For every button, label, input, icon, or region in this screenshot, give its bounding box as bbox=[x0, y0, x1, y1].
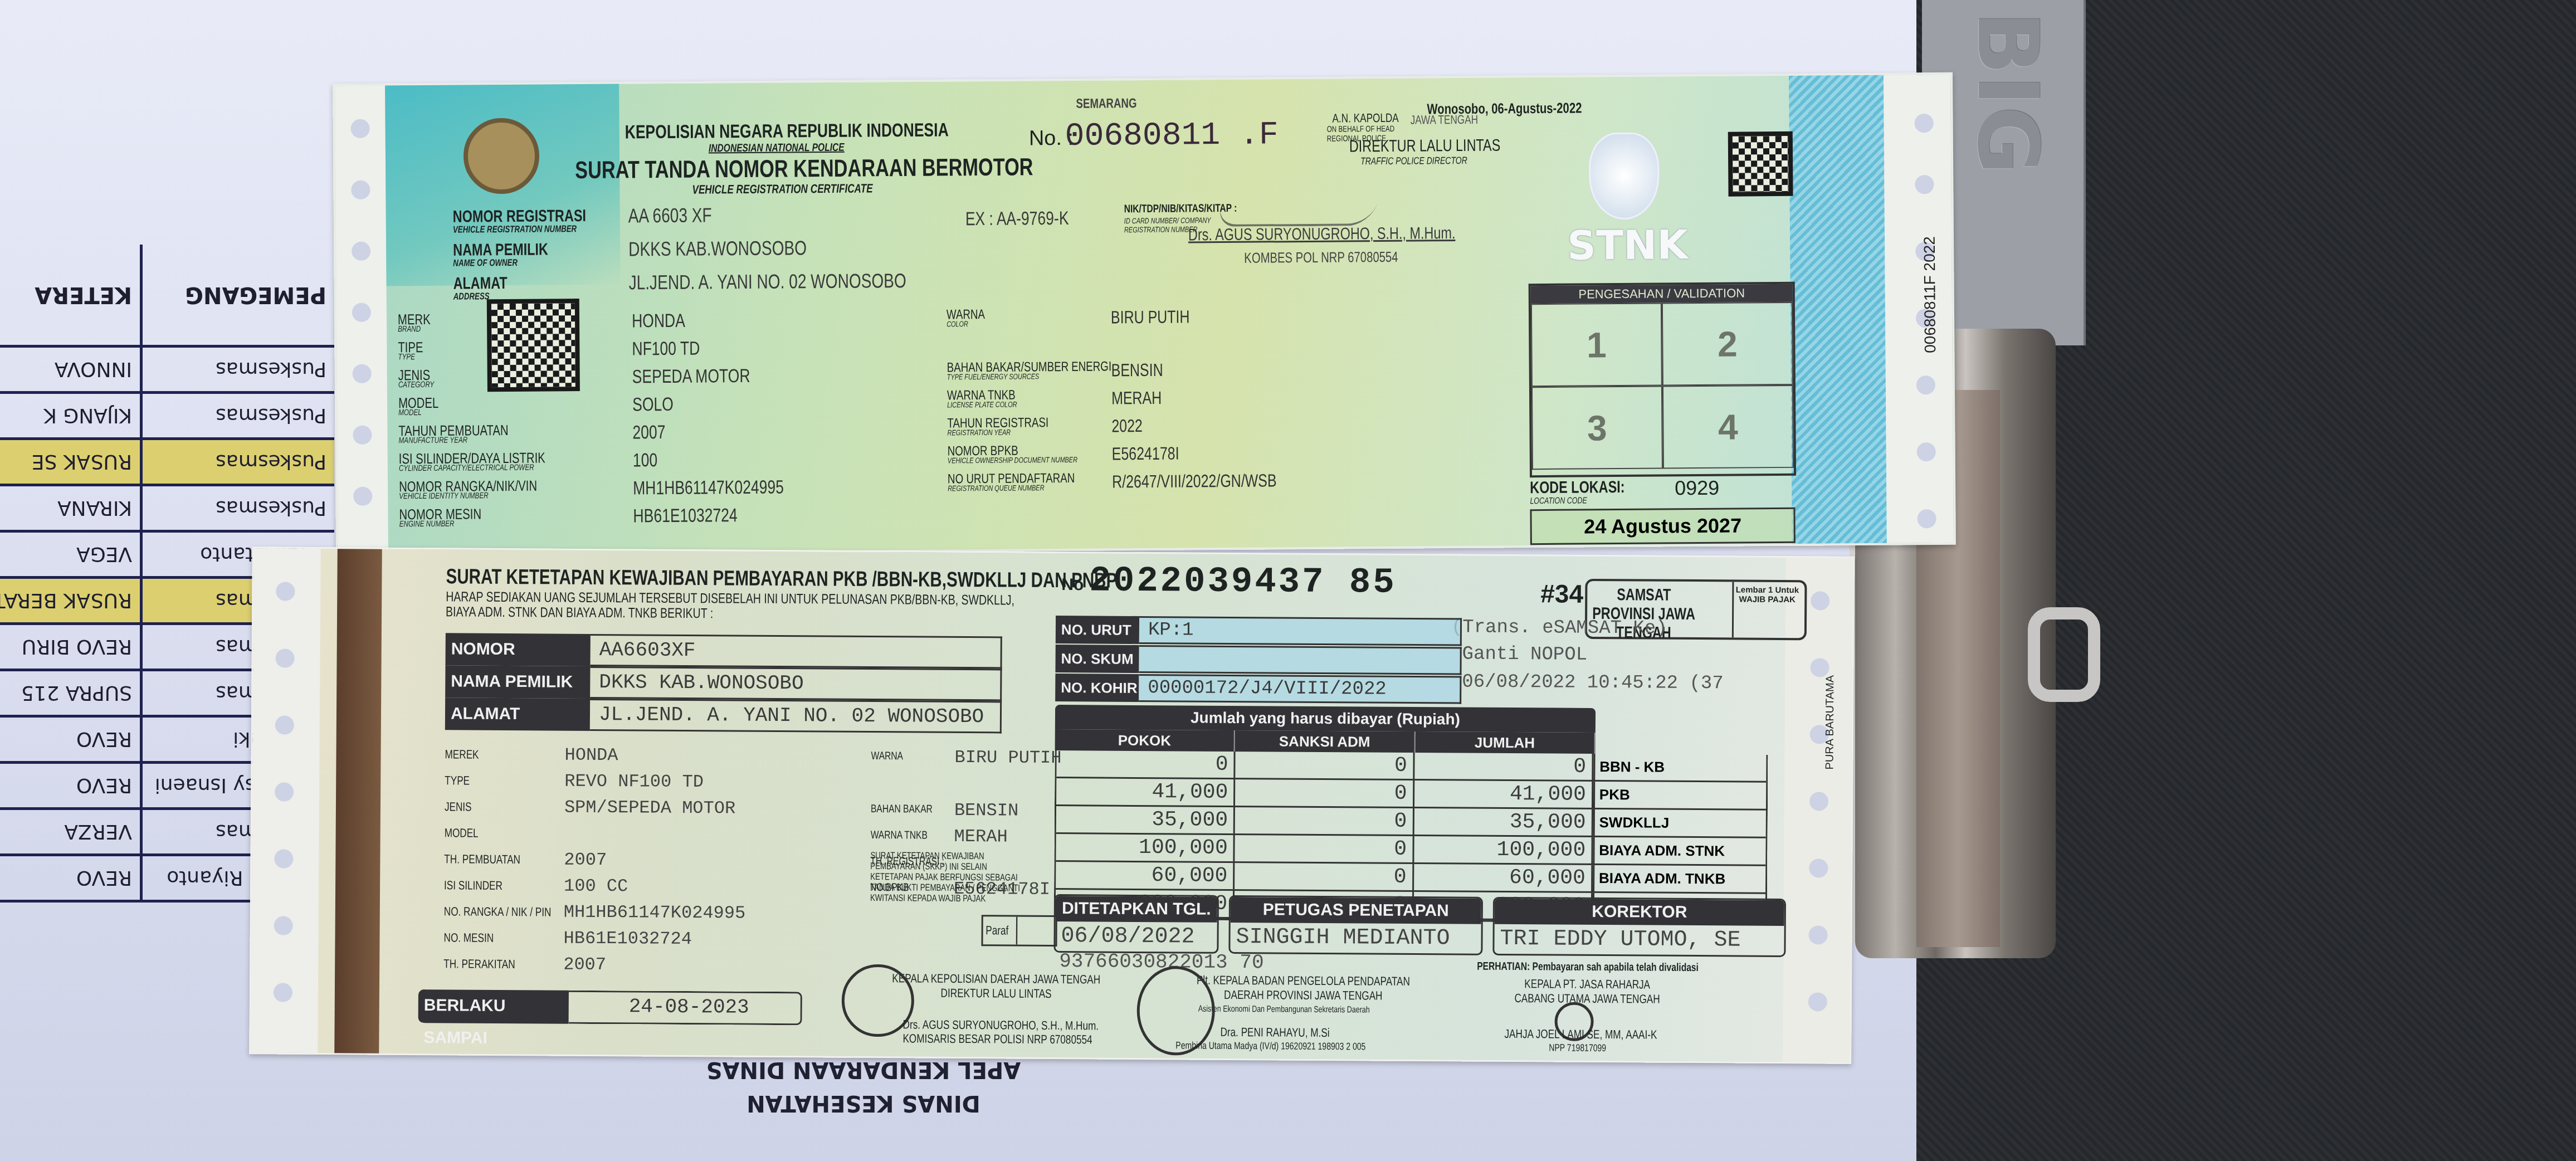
director-name: Drs. AGUS SURYONUGROHO, S.H., M.Hum. bbox=[1188, 224, 1456, 245]
stnk-field-sub: ADDRESS bbox=[453, 291, 490, 302]
stnk-hologram-logo: STNK bbox=[1567, 132, 1679, 266]
payment-row: 60,000060,000BIAYA ADM. TNKB bbox=[1056, 862, 1765, 894]
skkp-vehicle-value: 100 CC bbox=[564, 876, 628, 897]
cell-keterangan: REVO bbox=[0, 728, 140, 751]
doc-suffix: #34 bbox=[1540, 578, 1583, 608]
berlaku-row: BERLAKU SAMPAI 24-08-2023 bbox=[418, 989, 802, 1025]
nik-label: NIK/TDP/NIB/KITAS/KITAP : bbox=[1124, 202, 1237, 216]
no-field-value: KP:1 bbox=[1139, 616, 1462, 646]
stnk-vehicle-sub: VEHICLE IDENTITY NUMBER bbox=[399, 491, 488, 501]
no-field-row: NO. KOHIR00000172/J4/VIII/2022 bbox=[1055, 674, 1461, 704]
skkp-vehicle-label: JENIS bbox=[445, 799, 472, 814]
owner-field-label: ALAMAT bbox=[445, 697, 590, 731]
payment-row-label: BIAYA ADM. STNK bbox=[1593, 837, 1766, 865]
pokok-value: 41,000 bbox=[1056, 778, 1236, 806]
skkp-vehicle-label: WARNA bbox=[871, 750, 903, 763]
sanksi-value: 0 bbox=[1236, 752, 1415, 779]
stnk-vehicle-value: 2022 bbox=[1111, 416, 1143, 436]
director-signature-icon bbox=[1214, 151, 1397, 227]
jumlah-value: 35,000 bbox=[1414, 808, 1593, 836]
location-code-sub: LOCATION CODE bbox=[1530, 496, 1587, 506]
payment-table: Jumlah yang harus dibayar (Rupiah) POKOK… bbox=[1054, 705, 1768, 924]
signatory-3-id: NPP 719817099 bbox=[1549, 1042, 1606, 1054]
stnk-field-value: AA 6603 XF bbox=[628, 203, 712, 227]
skkp-vehicle-label: WARNA TNKB bbox=[871, 829, 928, 842]
owner-field-label: NAMA PEMILIK bbox=[445, 665, 590, 699]
stnk-vehicle-sub: CATEGORY bbox=[398, 380, 434, 389]
stnk-field-sub: NAME OF OWNER bbox=[453, 257, 518, 269]
cell-keterangan: REVO bbox=[0, 867, 140, 890]
stnk-vehicle-sub: REGISTRATION YEAR bbox=[947, 428, 1011, 437]
assessment-boxes: DITETAPKAN TGL. 06/08/2022 PETUGAS PENET… bbox=[1053, 894, 1786, 957]
owner-field-value: JL.JEND. A. YANI NO. 02 WONOSOBO bbox=[590, 699, 1002, 734]
cell-keterangan: KIRANA bbox=[0, 497, 140, 520]
lembar-label: Lembar 1 Untuk WAJIB PAJAK bbox=[1732, 582, 1801, 638]
cell-keterangan: RUSAK BERAT bbox=[0, 589, 140, 612]
korektor-value: TRI EDDY UTOMO, SE bbox=[1494, 924, 1784, 955]
skkp-vehicle-value: MERAH bbox=[954, 826, 1008, 847]
pokok-value: 35,000 bbox=[1056, 806, 1236, 833]
stnk-vehicle-value: SEPEDA MOTOR bbox=[632, 365, 750, 388]
stnk-vehicle-sub: LICENSE PLATE COLOR bbox=[947, 400, 1017, 409]
skkp-instruction: HARAP SEDIAKAN UANG SEJUMLAH TERSEBUT DI… bbox=[446, 589, 1032, 623]
stnk-vehicle-value: E5624178I bbox=[1112, 443, 1179, 465]
location-code: 0929 bbox=[1675, 476, 1719, 500]
no-field-label: NO. URUT bbox=[1056, 616, 1139, 644]
qr-code-top-right bbox=[1728, 131, 1793, 197]
cell-pemegang: Puskesmas bbox=[140, 440, 334, 484]
pokok-value: 60,000 bbox=[1056, 862, 1235, 889]
header-pemegang: PEMEGANG bbox=[140, 245, 334, 345]
issuer-city: SEMARANG bbox=[1076, 96, 1136, 112]
stnk-field-sub: VEHICLE REGISTRATION NUMBER bbox=[453, 223, 577, 236]
jumlah-value: 60,000 bbox=[1414, 864, 1593, 891]
perhatian-note: PERHATIAN: Pembayaran sah apabila telah … bbox=[1477, 960, 1699, 974]
on-behalf-label: A.N. KAPOLDA bbox=[1332, 111, 1398, 126]
skkp-vehicle-label: TYPE bbox=[445, 773, 470, 788]
stnk-vehicle-sub: TYPE FUEL/ENERGY SOURCES bbox=[947, 372, 1040, 381]
jumlah-value: 41,000 bbox=[1414, 780, 1593, 808]
jumlah-value: 0 bbox=[1414, 753, 1594, 780]
sanksi-value: 0 bbox=[1235, 863, 1414, 890]
signatory-2-id: Pembina Utama Madya (IV/d) 19620921 1989… bbox=[1175, 1040, 1365, 1052]
petugas-box: PETUGAS PENETAPAN SINGGIH MEDIANTO bbox=[1228, 895, 1483, 955]
signatory-3-title: KEPALA PT. JASA RAHARJA CABANG UTAMA JAW… bbox=[1505, 977, 1670, 1007]
stnk-vehicle-value: HB61E1032724 bbox=[633, 505, 738, 527]
stnk-vehicle-sub: TYPE bbox=[398, 352, 415, 362]
signatory-2-sub: Asisten Ekonomi Dan Pembangunan Sekretar… bbox=[1198, 1004, 1370, 1016]
stnk-vehicle-value: MH1HB61147K024995 bbox=[633, 477, 784, 500]
signatory-2-name: Dra. PENI RAHAYU, M.Si bbox=[1220, 1025, 1329, 1040]
stnk-vehicle-value: 100 bbox=[633, 450, 658, 471]
cell-pemegang: Puskesmas bbox=[140, 348, 334, 391]
paraf-box: Paraf bbox=[981, 915, 1057, 947]
stnk-number: 00680811 .F bbox=[1065, 117, 1279, 155]
payment-row-label: BIAYA ADM. TNKB bbox=[1593, 865, 1766, 892]
perforated-edge-left bbox=[335, 86, 388, 554]
pokok-value: 100,000 bbox=[1056, 834, 1235, 861]
document-title: SURAT TANDA NOMOR KENDARAAN BERMOTOR bbox=[575, 153, 1033, 184]
skkp-vehicle-value: REVO NF100 TD bbox=[564, 771, 704, 793]
stnk-vehicle-value: R/2647/VIII/2022/GN/WSB bbox=[1112, 470, 1277, 492]
stnk-vehicle-sub: MODEL bbox=[398, 408, 422, 417]
stnk-vehicle-sub: REGISTRATION QUEUE NUMBER bbox=[948, 483, 1044, 492]
vertical-serial: 00680811F 2022 bbox=[1921, 236, 1939, 353]
korektor-box: KOREKTOR TRI EDDY UTOMO, SE bbox=[1492, 897, 1786, 957]
sanksi-value: 0 bbox=[1235, 835, 1414, 862]
stnk-vehicle-sub: MANUFACTURE YEAR bbox=[398, 435, 467, 445]
skkp-vehicle-value: MH1HB61147K024995 bbox=[564, 902, 746, 924]
ex-registration: EX : AA-9769-K bbox=[965, 208, 1069, 230]
stnk-vehicle-value: 2007 bbox=[632, 422, 665, 443]
stnk-field-value: JL.JEND. A. YANI NO. 02 WONOSOBO bbox=[628, 269, 906, 294]
skkp-vehicle-value: BENSIN bbox=[954, 800, 1018, 821]
nik-sub: ID CARD NUMBER/ COMPANY REGISTRATION NUM… bbox=[1124, 216, 1220, 234]
berlaku-label: BERLAKU SAMPAI bbox=[418, 989, 569, 1024]
validation-header: PENGESAHAN / VALIDATION bbox=[1531, 284, 1793, 304]
cell-pemegang: Puskesmas bbox=[140, 486, 334, 530]
timestamp: 06/08/2022 10:45:22 (37 bbox=[1462, 671, 1724, 694]
col-pokok: POKOK bbox=[1055, 729, 1236, 752]
clip-ring bbox=[2028, 607, 2100, 702]
no-field-label: NO. SKUM bbox=[1055, 645, 1139, 673]
payment-row-label: PKB bbox=[1593, 782, 1767, 809]
paraf-label: Paraf bbox=[983, 916, 1017, 944]
cell-keterangan: KIJANG K bbox=[0, 404, 140, 427]
no-field-label: NO. KOHIR bbox=[1055, 674, 1139, 702]
police-emblem-icon bbox=[464, 118, 540, 194]
expire-date: 24 Agustus 2027 bbox=[1530, 508, 1795, 545]
table-row: PuskesmasRUSAK SE bbox=[0, 440, 334, 486]
legal-note: SURAT KETETAPAN KEWAJIBAN PEMBAYARAN (SK… bbox=[870, 850, 1031, 904]
sanksi-value: 0 bbox=[1235, 807, 1414, 835]
stnk-vehicle-sub: VEHICLE OWNERSHIP DOCUMENT NUMBER bbox=[948, 455, 1077, 465]
doc-no-label: No bbox=[1061, 575, 1084, 594]
skkp-vehicle-value: SPM/SEPEDA MOTOR bbox=[564, 797, 735, 819]
stnk-vehicle-value: BIRU PUTIH bbox=[1111, 306, 1190, 328]
cell-keterangan: REVO BIRU bbox=[0, 636, 140, 658]
cell-keterangan: VEGA bbox=[0, 543, 140, 566]
caption-line-1: DINAS KESEHATAN bbox=[669, 1086, 1058, 1120]
signatory-1-name: Drs. AGUS SURYONUGROHO, S.H., M.Hum. bbox=[903, 1017, 1099, 1033]
sheet-caption: DINAS KESEHATAN APEL KENDARAAN DINAS bbox=[669, 1053, 1058, 1120]
stnk-vehicle-value: NF100 TD bbox=[632, 338, 700, 360]
printer-name: PURA BARUTAMA bbox=[1823, 675, 1837, 770]
stnk-vehicle-value: BENSIN bbox=[1111, 360, 1163, 381]
trans-note: (Trans. eSAMSAT Ke) bbox=[1451, 617, 1667, 639]
perforated-edge-right bbox=[1884, 75, 1954, 543]
skkp-vehicle-label: NO. MESIN bbox=[443, 930, 494, 945]
institution-name: KEPOLISIAN NEGARA REPUBLIK INDONESIA bbox=[625, 119, 949, 143]
table-row: PuskesmasKIRANA bbox=[0, 486, 334, 533]
qr-code-left bbox=[487, 299, 580, 392]
stnk-card: 00680811F 2022 KEPOLISIAN NEGARA REPUBLI… bbox=[333, 72, 1956, 556]
skkp-vehicle-value: BIRU PUTIH bbox=[954, 747, 1061, 768]
owner-field-row: NOMOR REGISTRASIAA6603XF bbox=[446, 633, 1002, 669]
korektor-label: KOREKTOR bbox=[1495, 899, 1784, 926]
ganti-note: Ganti NOPOL bbox=[1462, 643, 1588, 665]
skkp-vehicle-label: BAHAN BAKAR bbox=[871, 803, 933, 816]
cell-keterangan: SUPRA 215 bbox=[0, 682, 140, 705]
skkp-vehicle-value: HB61E1032724 bbox=[563, 928, 692, 949]
stnk-vehicle-value: MERAH bbox=[1111, 388, 1162, 409]
validation-cell-4: 4 bbox=[1662, 385, 1794, 469]
validation-cell-3: 3 bbox=[1531, 386, 1663, 470]
director-rank: KOMBES POL NRP 67080554 bbox=[1244, 248, 1398, 267]
cell-keterangan: INNOVA bbox=[0, 358, 140, 381]
jumlah-value: 100,000 bbox=[1414, 836, 1593, 864]
stnk-field-value: DKKS KAB.WONOSOBO bbox=[628, 236, 807, 261]
table-row: PuskesmasKIJANG K bbox=[0, 394, 334, 440]
stnk-vehicle-sub: BRAND bbox=[398, 324, 421, 334]
stnk-vehicle-value: HONDA bbox=[632, 310, 685, 333]
validation-cell-1: 1 bbox=[1531, 303, 1662, 387]
petugas-value: SINGGIH MEDIANTO bbox=[1230, 923, 1481, 954]
payment-title: Jumlah yang harus dibayar (Rupiah) bbox=[1055, 705, 1596, 733]
skkp-vehicle-value: 2007 bbox=[564, 850, 607, 870]
stnk-vehicle-value: SOLO bbox=[632, 394, 674, 416]
col-sanksi: SANKSI ADM bbox=[1235, 730, 1416, 753]
skkp-card: PURA BARUTAMA SURAT KETETAPAN KEWAJIBAN … bbox=[249, 547, 1855, 1064]
signatory-1-title: KEPALA KEPOLISIAN DAERAH JAWA TENGAH DIR… bbox=[892, 971, 1101, 1001]
skkp-vehicle-label: TH. PEMBUATAN bbox=[444, 852, 520, 867]
owner-field-row: NAMA PEMILIKDKKS KAB.WONOSOBO bbox=[445, 665, 1002, 701]
no-field-value: 00000172/J4/VIII/2022 bbox=[1139, 674, 1461, 704]
no-field-row: NO. URUTKP:1 bbox=[1056, 616, 1462, 646]
skkp-vehicle-label: MEREK bbox=[445, 747, 479, 762]
validation-cell-2: 2 bbox=[1662, 302, 1793, 386]
owner-field-label: NOMOR REGISTRASI bbox=[446, 633, 591, 666]
table-header-row: PEMEGANGKETERA bbox=[0, 245, 334, 348]
ditetapkan-label: DITETAPKAN TGL. bbox=[1056, 896, 1217, 923]
col-jumlah: JUMLAH bbox=[1415, 731, 1596, 754]
signatory-3-name: JAHJA JOEL LAMI SE, MM, AAAI-K bbox=[1504, 1027, 1657, 1042]
payment-row: 000BBN - KB bbox=[1056, 750, 1766, 783]
skkp-vehicle-label: ISI SILINDER bbox=[444, 878, 502, 893]
embossed-brand-text: BIG bbox=[1959, 11, 2056, 174]
payment-row-label: SWDKLLJ bbox=[1593, 809, 1766, 837]
ditetapkan-box: DITETAPKAN TGL. 06/08/2022 bbox=[1053, 894, 1219, 954]
berlaku-value: 24-08-2023 bbox=[569, 991, 802, 1026]
payment-row: 41,000041,000PKB bbox=[1056, 778, 1766, 811]
cell-keterangan: REVO bbox=[0, 774, 140, 797]
no-field-value bbox=[1139, 645, 1461, 675]
owner-field-value: DKKS KAB.WONOSOBO bbox=[590, 666, 1002, 701]
cell-keterangan: RUSAK SE bbox=[0, 451, 140, 474]
cell-keterangan: VERZA bbox=[0, 821, 140, 843]
skkp-title: SURAT KETETAPAN KEWAJIBAN PEMBAYARAN PKB… bbox=[446, 565, 1117, 593]
doc-number: 2022039437 85 bbox=[1089, 561, 1397, 603]
pokok-value: 0 bbox=[1056, 750, 1236, 778]
skkp-vehicle-value: 2007 bbox=[563, 954, 606, 975]
stnk-vehicle-sub: ENGINE NUMBER bbox=[399, 519, 455, 529]
skkp-vehicle-value: HONDA bbox=[564, 745, 618, 766]
payment-row-label: BBN - KB bbox=[1593, 754, 1767, 781]
signatory-2-title: Plt. KEPALA BADAN PENGELOLA PENDAPATAN D… bbox=[1182, 973, 1425, 1003]
cell-pemegang: Puskesmas bbox=[140, 394, 334, 437]
location-code-label: KODE LOKASI: bbox=[1530, 478, 1625, 497]
header-keterangan: KETERA bbox=[0, 282, 140, 308]
stnk-vehicle-sub: COLOR bbox=[947, 319, 968, 328]
owner-field-value: AA6603XF bbox=[591, 634, 1002, 669]
skkp-vehicle-label: MODEL bbox=[445, 826, 479, 840]
no-field-row: NO. SKUM bbox=[1055, 645, 1461, 675]
payment-row: 100,0000100,000BIAYA ADM. STNK bbox=[1056, 834, 1765, 866]
payment-row: 35,000035,000SWDKLLJ bbox=[1056, 806, 1766, 838]
signatory-1-id: KOMISARIS BESAR POLISI NRP 67080554 bbox=[902, 1031, 1092, 1047]
ditetapkan-value: 06/08/2022 bbox=[1055, 921, 1217, 952]
document-title-en: VEHICLE REGISTRATION CERTIFICATE bbox=[692, 181, 872, 197]
perforated-edge-left bbox=[251, 548, 321, 1053]
owner-field-row: ALAMATJL.JEND. A. YANI NO. 02 WONOSOBO bbox=[445, 697, 1002, 733]
sanksi-value: 0 bbox=[1235, 779, 1414, 807]
institution-name-en: INDONESIAN NATIONAL POLICE bbox=[709, 142, 845, 155]
table-row: PuskesmasINNOVA bbox=[0, 348, 334, 394]
skkp-vehicle-label: TH. PERAKITAN bbox=[443, 957, 515, 972]
skkp-vehicle-label: NO. RANGKA / NIK / PIN bbox=[444, 904, 552, 919]
petugas-label: PETUGAS PENETAPAN bbox=[1231, 897, 1481, 924]
stnk-vehicle-sub: CYLINDER CAPACITY/ELECTRICAL POWER bbox=[399, 463, 534, 474]
stnk-logo-text: STNK bbox=[1567, 221, 1689, 269]
region: JAWA TENGAH bbox=[1410, 113, 1478, 128]
validation-box: PENGESAHAN / VALIDATION 1 2 3 4 bbox=[1529, 282, 1796, 477]
